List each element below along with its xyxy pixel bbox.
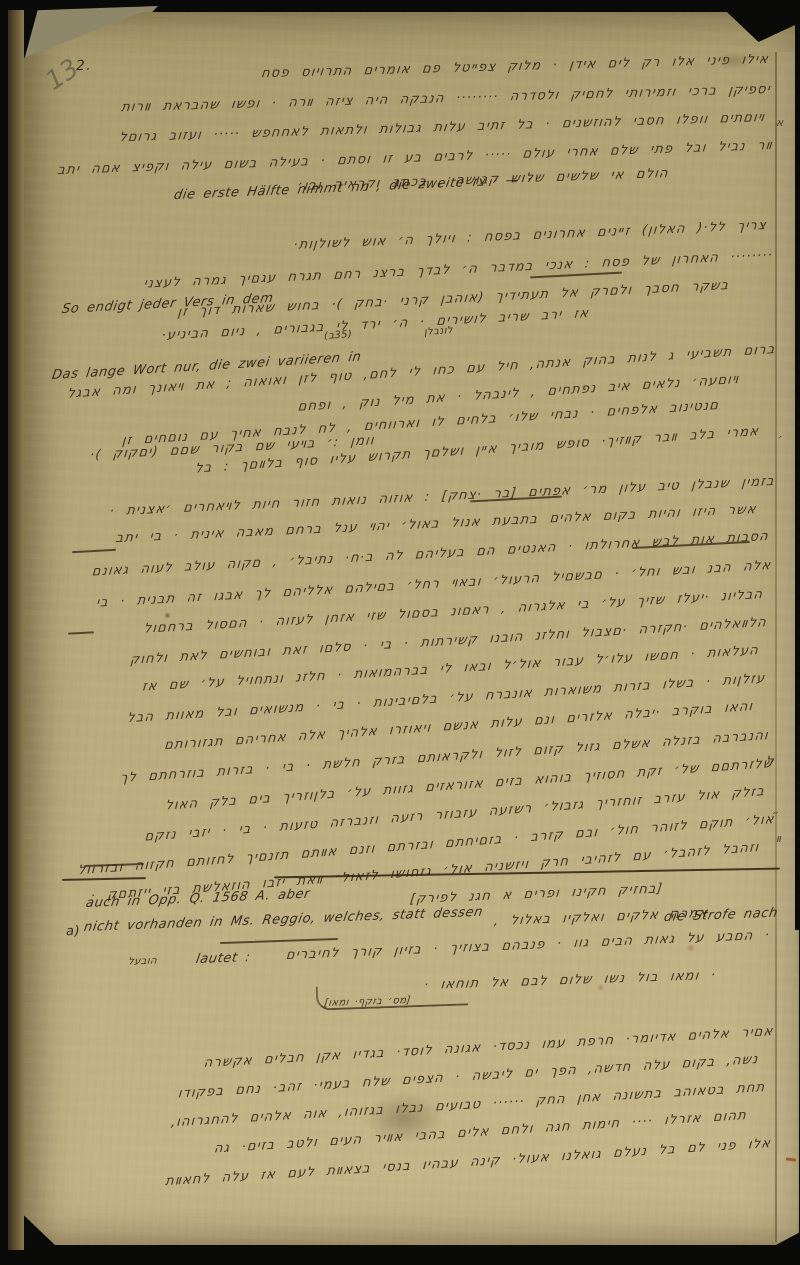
margin-ink-mark: ״	[772, 808, 779, 821]
section-number: 2.	[76, 58, 92, 75]
ink-stain	[364, 1092, 444, 1144]
footnote-hebrew-line3-end: הובעל	[127, 955, 157, 967]
crease-highlight	[777, 52, 797, 1242]
margin-ink-mark: װ	[776, 832, 781, 845]
margin-ink-mark: ׳	[778, 432, 783, 445]
manuscript-photo: 13 2. אילו פיני אלו רק לים אידן · מלוק צ…	[0, 0, 800, 1265]
margin-annotation-35: (35ב)	[324, 329, 353, 342]
photo-right-band	[795, 0, 800, 930]
paper-spot	[714, 52, 754, 70]
margin-ink-mark: א	[776, 116, 783, 129]
paper-spot	[596, 984, 605, 991]
margin-ink-mark: ל	[766, 754, 774, 770]
book-spine-edge	[8, 10, 24, 1250]
paper-spot	[686, 944, 696, 952]
manuscript-page: 13 2. אילו פיני אלו רק לים אידן · מלוק צ…	[24, 12, 799, 1245]
paper-spot	[164, 612, 171, 619]
lautet-label: lautet :	[195, 950, 252, 967]
footnote-marker: a)	[66, 924, 81, 939]
interlinear-word: לונבלן	[424, 325, 454, 338]
